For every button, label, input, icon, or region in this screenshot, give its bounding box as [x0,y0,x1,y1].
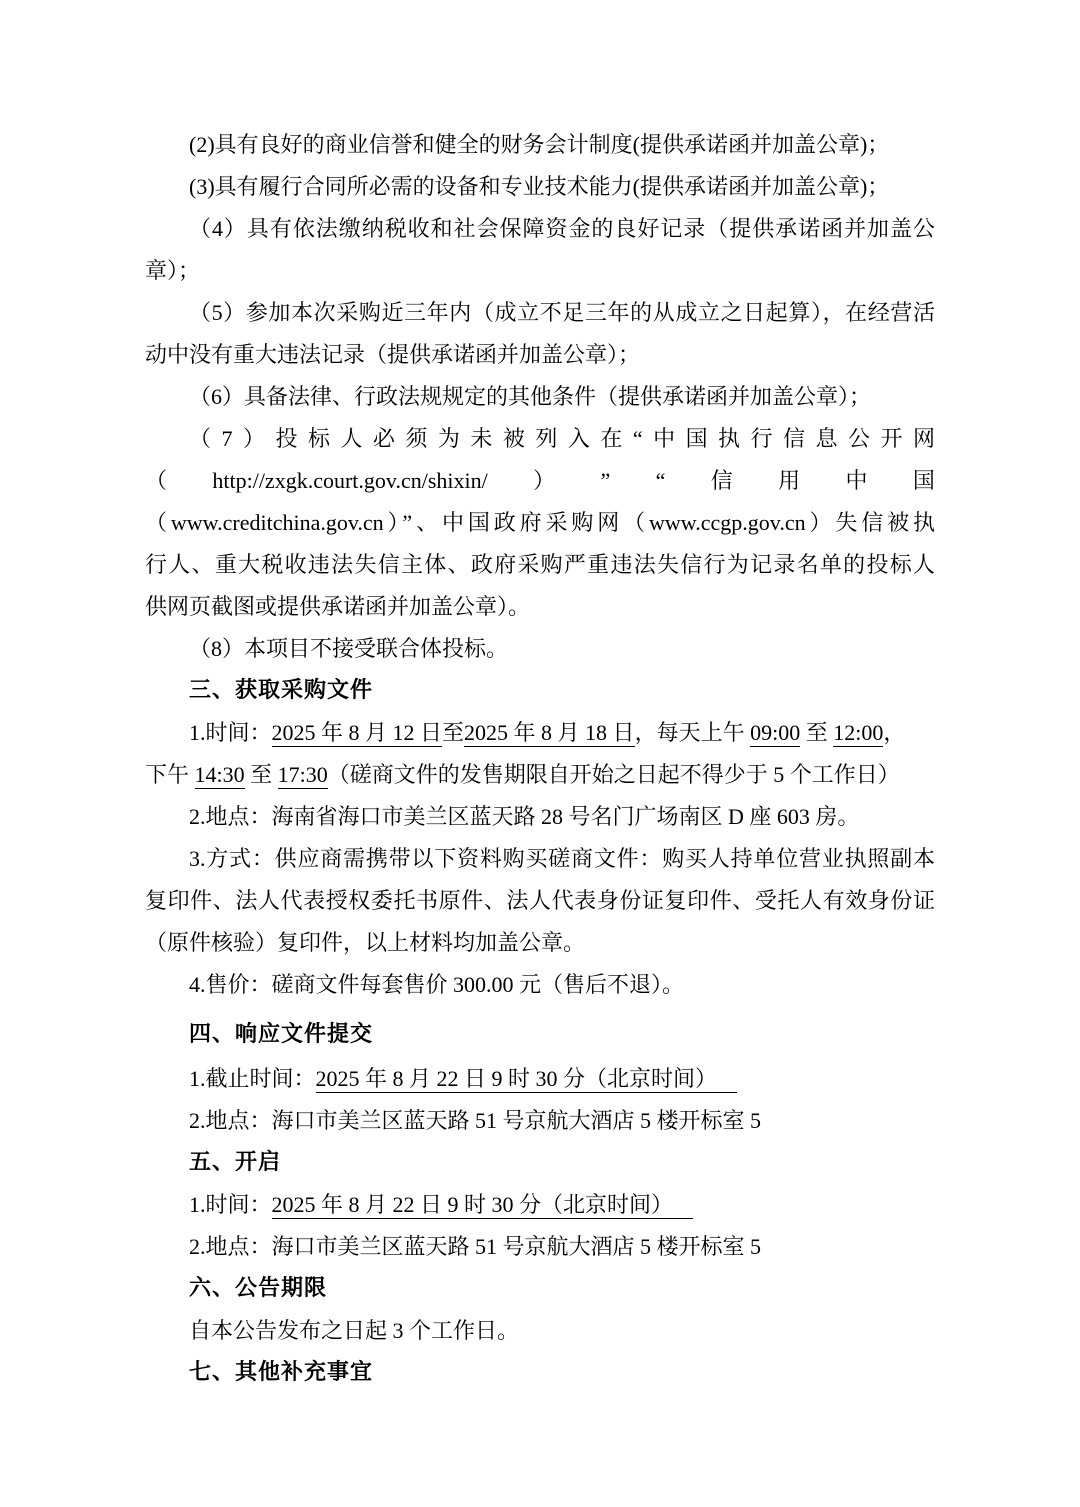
opening-place-line: 2.地点：海口市美兰区蓝天路 51 号京航大酒店 5 楼开标室 5 [145,1226,935,1268]
section-5-heading: 五、开启 [145,1142,935,1184]
morning-start-time: 09:00 [750,720,800,747]
qualification-item-4-line2: 章）； [145,250,935,292]
submission-place-line: 2.地点：海口市美兰区蓝天路 51 号京航大酒店 5 楼开标室 5 [145,1100,935,1142]
sale-method-line-2: 复印件、法人代表授权委托书原件、法人代表身份证复印件、受托人有效身份证 [145,880,935,922]
char-zhong: 中 [846,460,868,502]
to-word: 至 [245,762,278,787]
document-page: (2)具有良好的商业信誉和健全的财务会计制度(提供承诺函并加盖公章)； (3)具… [0,0,1080,1507]
qualification-item-3: (3)具有履行合同所必需的设备和专业技术能力(提供承诺函并加盖公章)； [145,166,935,208]
char-guo: 国 [913,460,935,502]
quote-close: ” [601,460,611,502]
opening-time-label: 1.时间： [189,1192,272,1217]
section-7-heading: 七、其他补充事宜 [145,1352,935,1394]
section-4-heading: 四、响应文件提交 [145,1014,935,1058]
qualification-item-4-line1: （4）具有依法缴纳税收和社会保障资金的良好记录（提供承诺函并加盖公 [145,208,935,250]
section-3-heading: 三、获取采购文件 [145,670,935,712]
qualification-item-7-line3: （www.creditchina.gov.cn）”、中国政府采购网（www.cc… [145,502,935,544]
afternoon-start-time: 14:30 [195,762,245,789]
sale-start-date: 2025 年 8 月 12 日 [272,720,443,747]
sale-end-date: 2025 年 8 月 18 日 [464,720,635,747]
char-yong: 用 [778,460,800,502]
qualification-item-7-line1: （7）投标人必须为未被列入在“中国执行信息公开网 [145,418,935,460]
sale-time-line-2: 下午 14:30 至 17:30（磋商文件的发售期限自开始之日起不得少于 5 个… [145,754,935,796]
announcement-period-line: 自本公告发布之日起 3 个工作日。 [145,1310,935,1352]
submission-deadline-line: 1.截止时间：2025 年 8 月 22 日 9 时 30 分（北京时间） [145,1058,935,1100]
quote-open: “ [656,460,666,502]
time-label: 1.时间： [189,720,272,745]
deadline-value: 2025 年 8 月 22 日 9 时 30 分（北京时间） [316,1066,738,1093]
qualification-item-6: （6）具备法律、行政法规规定的其他条件（提供承诺函并加盖公章）； [145,376,935,418]
morning-label: ，每天上午 [635,720,751,745]
sale-method-line-3: （原件核验）复印件，以上材料均加盖公章。 [145,922,935,964]
char-xin: 信 [711,460,733,502]
opening-time-value: 2025 年 8 月 22 日 9 时 30 分（北京时间） [272,1192,694,1219]
morning-end-time: 12:00 [833,720,883,747]
sale-period-note: （磋商文件的发售期限自开始之日起不得少于 5 个工作日） [328,762,900,787]
sale-price-line: 4.售价：磋商文件每套售价 300.00 元（售后不退）。 [145,964,935,1006]
qualification-item-8: （8）本项目不接受联合体投标。 [145,628,935,670]
afternoon-label: 下午 [145,762,195,787]
to-word: 至 [442,720,464,745]
section-6-heading: 六、公告期限 [145,1268,935,1310]
qualification-item-5-line2: 动中没有重大违法记录（提供承诺函并加盖公章）； [145,334,935,376]
to-word: 至 [800,720,833,745]
sale-place-line: 2.地点：海南省海口市美兰区蓝天路 28 号名门广场南区 D 座 603 房。 [145,796,935,838]
paren-close: ） [533,460,555,502]
sale-method-line-1: 3.方式：供应商需携带以下资料购买磋商文件：购买人持单位营业执照副本 [145,838,935,880]
qualification-item-7-line2: （ http://zxgk.court.gov.cn/shixin/ ） ” “… [145,460,935,502]
zxgk-court-url: http://zxgk.court.gov.cn/shixin/ [212,460,487,502]
qualification-item-7-line5: 供网页截图或提供承诺函并加盖公章）。 [145,586,935,628]
qualification-item-7-line4: 行人、重大税收违法失信主体、政府采购严重违法失信行为记录名单的投标人（提 [145,544,935,586]
afternoon-end-time: 17:30 [278,762,328,789]
opening-time-line: 1.时间：2025 年 8 月 22 日 9 时 30 分（北京时间） [145,1184,935,1226]
paren-open: （ [145,460,167,502]
qualification-item-5-line1: （5）参加本次采购近三年内（成立不足三年的从成立之日起算），在经营活 [145,292,935,334]
qualification-item-2: (2)具有良好的商业信誉和健全的财务会计制度(提供承诺函并加盖公章)； [145,124,935,166]
deadline-label: 1.截止时间： [189,1066,316,1091]
sale-time-line-1: 1.时间：2025 年 8 月 12 日至2025 年 8 月 18 日，每天上… [145,712,935,754]
comma: ， [883,720,905,745]
